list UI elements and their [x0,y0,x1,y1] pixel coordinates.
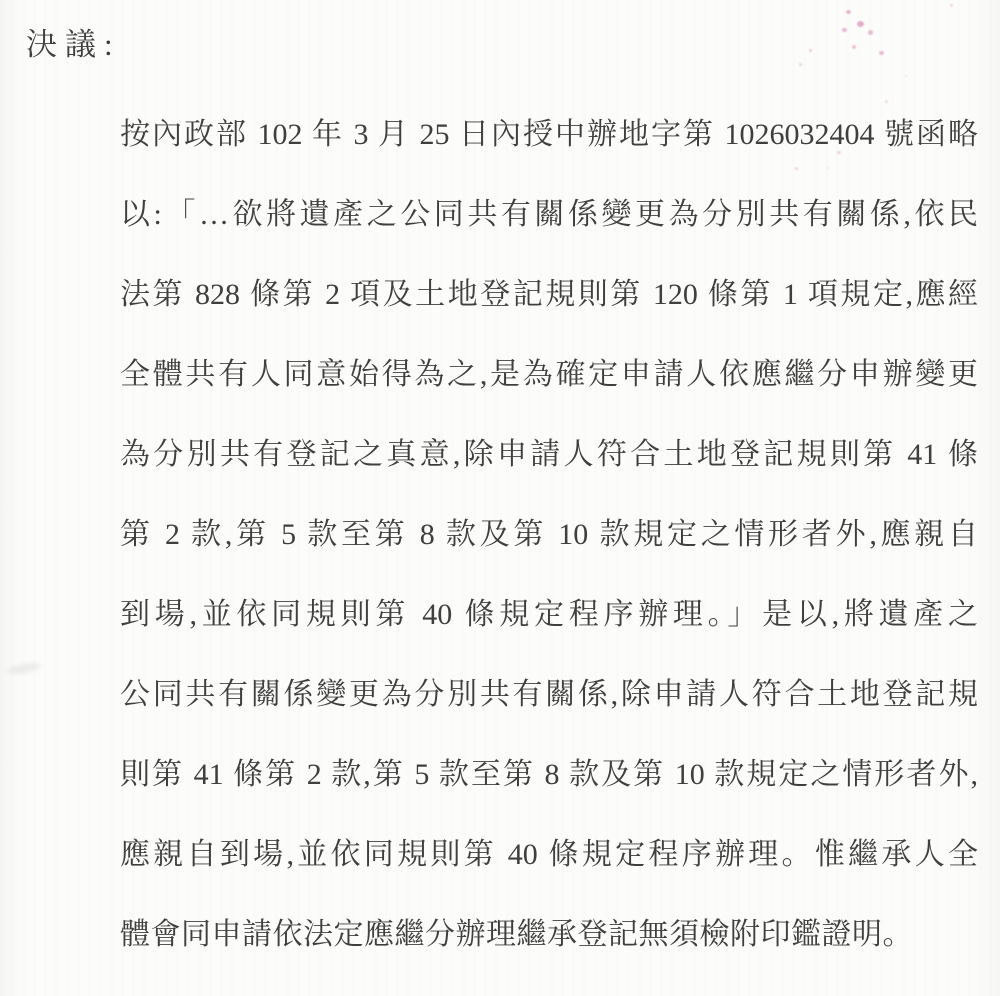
stamp-bleed-speckle [905,75,907,77]
pencil-smudge [6,661,41,676]
paragraph-line: 法第 828 條第 2 項及土地登記規則第 120 條第 1 項規定,應經 [120,255,978,335]
paragraph-line: 第 2 款,第 5 款至第 8 款及第 10 款規定之情形者外,應親自 [120,495,978,575]
paragraph-line: 全體共有人同意始得為之,是為確定申請人依應繼分申辦變更 [120,335,978,415]
stamp-bleed-speckle [842,28,847,32]
stamp-bleed-speckle [799,63,802,66]
paragraph-line: 則第 41 條第 2 款,第 5 款至第 8 款及第 10 款規定之情形者外, [120,735,978,815]
paragraph-line: 以:「…欲將遺產之公同共有關係變更為分別共有關係,依民 [120,175,978,255]
stamp-bleed-speckle [879,51,884,55]
stamp-bleed-speckle [846,10,851,14]
stamp-bleed-speckle [795,167,798,170]
stamp-bleed-speckle [885,100,888,103]
stamp-bleed-speckle [944,140,946,142]
stamp-bleed-speckle [827,167,829,169]
resolution-heading: 決議: [26,26,121,63]
scanned-document-page: 決議: 按內政部 102 年 3 月 25 日內授中辦地字第 102603240… [0,0,1000,996]
stamp-bleed-speckle [857,21,864,27]
stamp-bleed-speckle [950,4,953,7]
stamp-bleed-speckle [868,30,873,35]
paragraph-line: 按內政部 102 年 3 月 25 日內授中辦地字第 1026032404 號函… [120,95,978,175]
resolution-paragraph: 按內政部 102 年 3 月 25 日內授中辦地字第 1026032404 號函… [120,95,978,975]
paragraph-line: 體會同申請依法定應繼分辦理繼承登記無須檢附印鑑證明。 [120,895,978,975]
stamp-bleed-speckle [809,49,812,52]
stamp-bleed-speckle [837,151,841,154]
stamp-bleed-speckle [852,45,856,49]
paragraph-line: 公同共有關係變更為分別共有關係,除申請人符合土地登記規 [120,655,978,735]
paragraph-line: 為分別共有登記之真意,除申請人符合土地登記規則第 41 條 [120,415,978,495]
paragraph-line: 應親自到場,並依同規則第 40 條規定程序辦理。惟繼承人全 [120,815,978,895]
paragraph-line: 到場,並依同規則第 40 條規定程序辦理。」是以,將遺產之 [120,575,978,655]
